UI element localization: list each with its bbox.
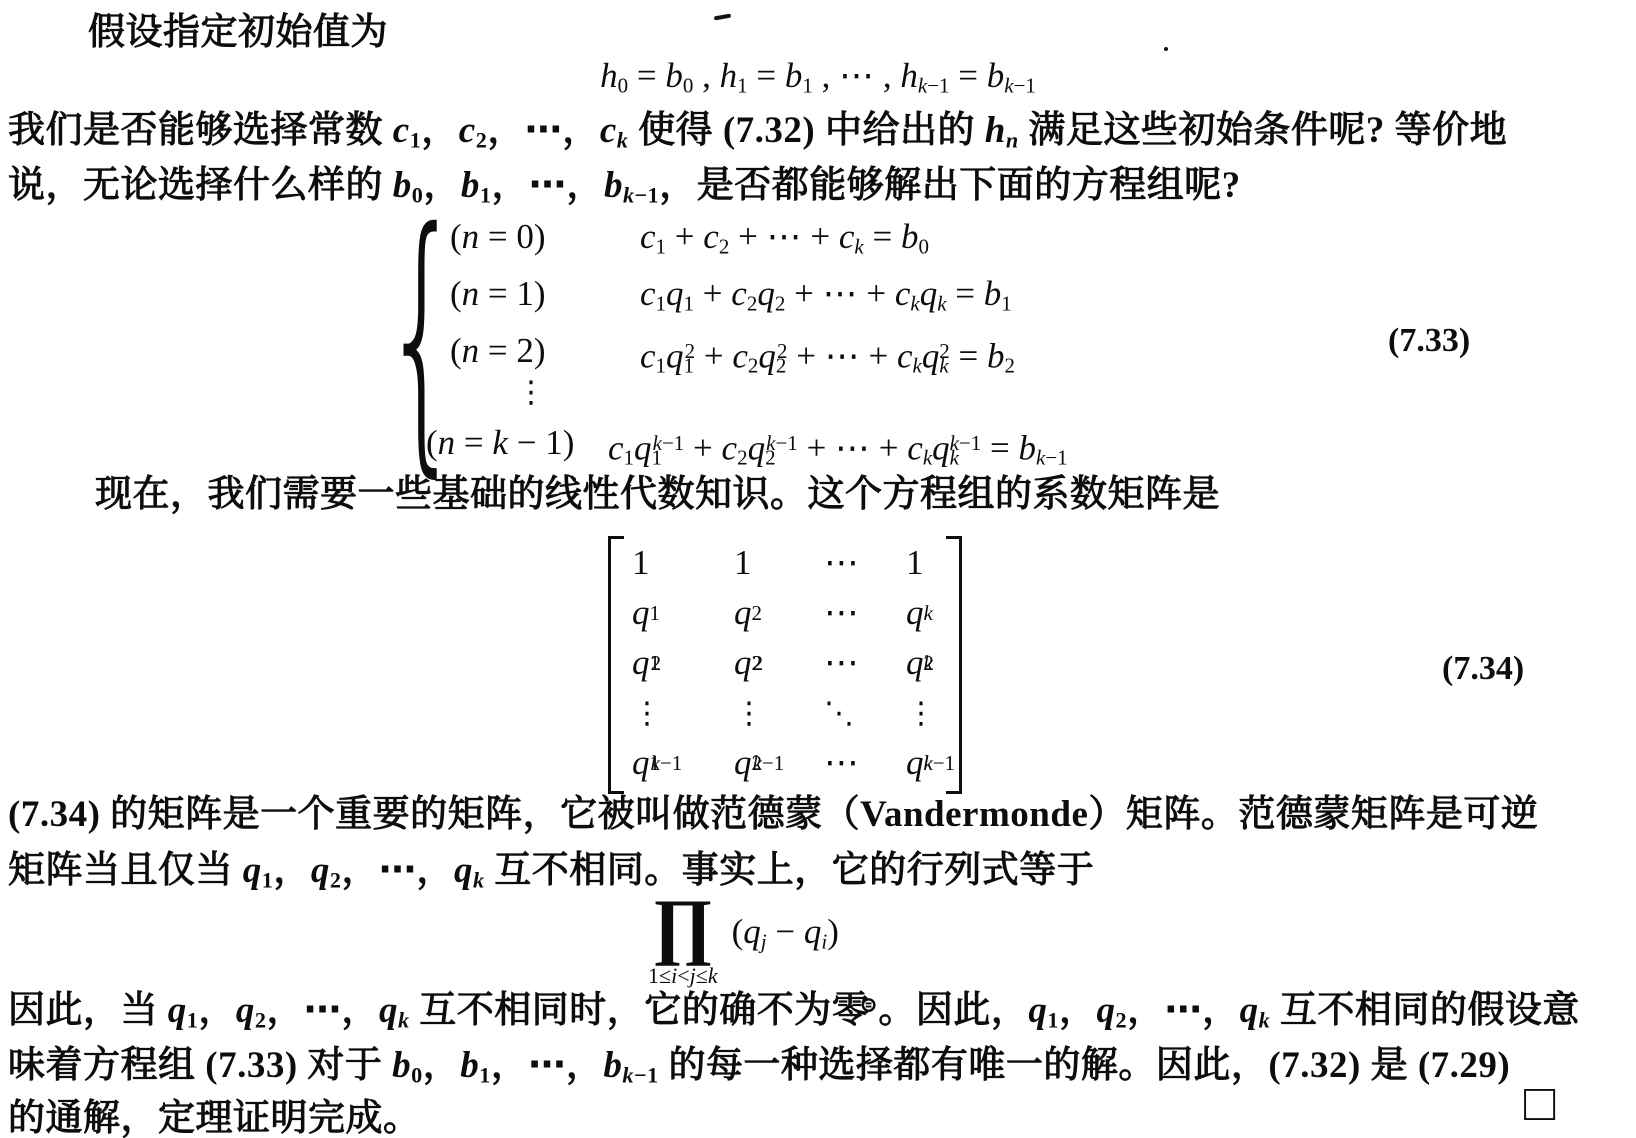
eq-case-nk1: (n = k − 1) — [426, 420, 574, 466]
matrix-cell: qk — [906, 588, 986, 638]
product-expression: (qj − qi) — [732, 912, 839, 954]
matrix-cell: ⋯ — [824, 588, 906, 638]
matrix-cell: 1 — [632, 538, 734, 588]
matrix-cell: q2 — [734, 588, 824, 638]
determinant-formula: ∏ 1≤i<j≤k (qj − qi) — [648, 894, 839, 989]
final-paragraph-line2: 味着方程组 (7.33) 对于 b0，b1，⋯，bk−1 的每一种选择都有唯一的… — [8, 1043, 1510, 1089]
formula-initial-values: h0 = b0 , h1 = b1 , ⋯ , hk−1 = bk−1 — [0, 54, 1636, 99]
final-paragraph-line3: 的通解，定理证明完成。 — [8, 1096, 421, 1138]
product-operator: ∏ 1≤i<j≤k — [648, 894, 718, 989]
vandermonde-matrix: 1 1 ⋯ 1 q1 q2 ⋯ qk q12 q22 ⋯ qk2 ⋮ ⋮ ⋱ ⋮… — [632, 538, 986, 788]
matrix-cell-dots: ⋮ — [632, 688, 734, 738]
qed-box: □ — [1524, 1078, 1555, 1130]
scan-artifact-dash — [714, 14, 731, 21]
eq-formula-n1: c1q1 + c2q2 + ⋯ + ckqk = b1 — [640, 271, 1012, 326]
eq-vdots: ⋮ — [516, 370, 546, 416]
final-paragraph-line1: 因此，当 q1，q2，⋯，qk 互不相同时，它的确不为零⊜。因此，q1，q2，⋯… — [8, 988, 1580, 1034]
matrix-cell: q1k−1 — [632, 738, 734, 788]
matrix-cell: q22 — [734, 638, 824, 688]
matrix-cell: 1 — [734, 538, 824, 588]
matrix-cell: q12 — [632, 638, 734, 688]
eq-formula-n2: c1q12 + c2q22 + ⋯ + ckqk2 = b2 — [640, 328, 1015, 389]
eq-formula-n0: c1 + c2 + ⋯ + ck = b0 — [640, 214, 929, 269]
product-limits: 1≤i<j≤k — [648, 963, 718, 989]
scan-artifact-dot — [1164, 47, 1168, 51]
equation-label-7-33: (7.33) — [1388, 322, 1470, 360]
matrix-cell: ⋯ — [824, 738, 906, 788]
paragraph-intro: 假设指定初始值为 — [88, 10, 388, 56]
matrix-cell: qkk−1 — [906, 738, 986, 788]
matrix-cell-dots: ⋱ — [824, 688, 906, 738]
eq-case-n1: (n = 1) — [450, 271, 546, 317]
matrix-cell-dots: ⋮ — [734, 688, 824, 738]
matrix-cell-dots: ⋮ — [906, 688, 986, 738]
vandermonde-paragraph-line2: 矩阵当且仅当 q1，q2，⋯，qk 互不相同。事实上，它的行列式等于 — [8, 848, 1094, 894]
paragraph-question-line2: 说，无论选择什么样的 b0，b1，⋯，bk−1，是否都能够解出下面的方程组呢? — [8, 163, 1241, 209]
product-symbol: ∏ — [652, 894, 713, 959]
matrix-cell: q1 — [632, 588, 734, 638]
textbook-page: 假设指定初始值为 h0 = b0 , h1 = b1 , ⋯ , hk−1 = … — [0, 0, 1636, 1138]
matrix-cell: 1 — [906, 538, 986, 588]
paragraph-question-line1: 我们是否能够选择常数 c1，c2，⋯，ck 使得 (7.32) 中给出的 hn … — [8, 108, 1507, 154]
vandermonde-paragraph-line1: (7.34) 的矩阵是一个重要的矩阵，它被叫做范德蒙（Vandermonde）矩… — [8, 792, 1538, 838]
eq-case-n2: (n = 2) — [450, 328, 546, 374]
equation-label-7-34: (7.34) — [1442, 650, 1524, 688]
eq-case-n0: (n = 0) — [450, 214, 546, 260]
linear-algebra-line: 现在，我们需要一些基础的线性代数知识。这个方程组的系数矩阵是 — [95, 472, 1220, 518]
matrix-cell: ⋯ — [824, 538, 906, 588]
matrix-cell: qk2 — [906, 638, 986, 688]
matrix-bracket-left — [608, 536, 624, 794]
matrix-cell: ⋯ — [824, 638, 906, 688]
matrix-cell: q2k−1 — [734, 738, 824, 788]
